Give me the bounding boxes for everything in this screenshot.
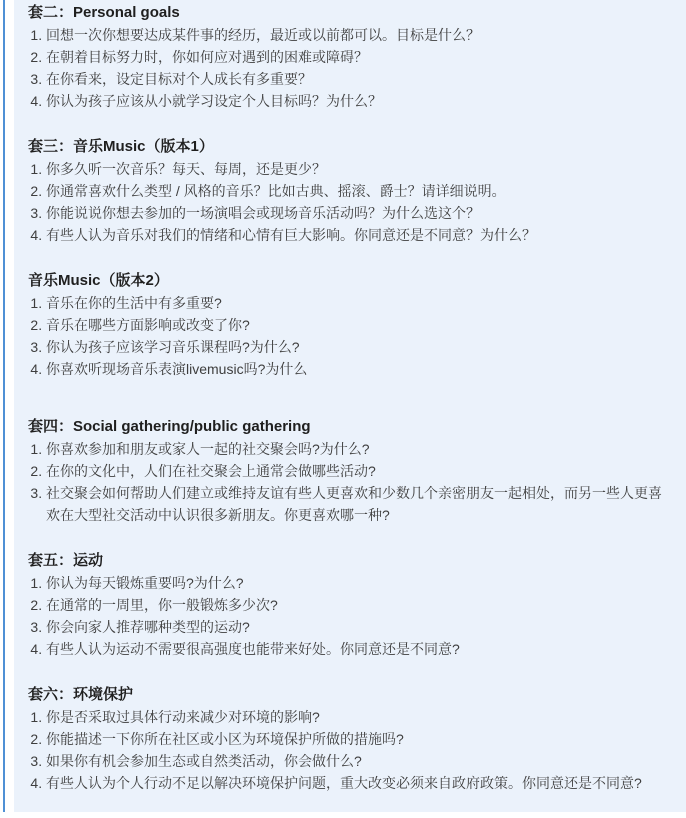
section-music-v1: 套三：音乐Music（版本1） 你多久听一次音乐？每天、每周，还是更少？ 你通常…	[28, 136, 670, 246]
question-item: 你多久听一次音乐？每天、每周，还是更少？	[46, 158, 670, 180]
question-item: 你喜欢听现场音乐表演livemusic吗?为什么	[46, 358, 670, 380]
question-item: 在朝着目标努力时，你如何应对遇到的困难或障碍？	[46, 46, 670, 68]
question-item: 有些人认为运动不需要很高强度也能带来好处。你同意还是不同意?	[46, 638, 670, 660]
document-page: 套二：Personal goals 回想一次你想要达成某件事的经历，最近或以前都…	[0, 0, 686, 818]
question-item: 有些人认为音乐对我们的情绪和心情有巨大影响。你同意还是不同意？为什么？	[46, 224, 670, 246]
section-environment: 套六：环境保护 你是否采取过具体行动来减少对环境的影响? 你能描述一下你所在社区…	[28, 684, 670, 794]
question-item: 你能描述一下你所在社区或小区为环境保护所做的措施吗?	[46, 728, 670, 750]
section-personal-goals: 套二：Personal goals 回想一次你想要达成某件事的经历，最近或以前都…	[28, 2, 670, 112]
question-list: 音乐在你的生活中有多重要? 音乐在哪些方面影响或改变了你? 你认为孩子应该学习音…	[28, 292, 670, 380]
section-title: 套二：Personal goals	[28, 2, 670, 24]
question-item: 回想一次你想要达成某件事的经历，最近或以前都可以。目标是什么？	[46, 24, 670, 46]
section-title: 套三：音乐Music（版本1）	[28, 136, 670, 158]
question-item: 你是否采取过具体行动来减少对环境的影响?	[46, 706, 670, 728]
question-item: 在你的文化中，人们在社交聚会上通常会做哪些活动?	[46, 460, 670, 482]
question-item: 社交聚会如何帮助人们建立或维持友谊有些人更喜欢和少数几个亲密朋友一起相处，而另一…	[46, 482, 670, 526]
question-item: 你会向家人推荐哪种类型的运动?	[46, 616, 670, 638]
question-item: 音乐在哪些方面影响或改变了你?	[46, 314, 670, 336]
question-item: 在通常的一周里，你一般锻炼多少次?	[46, 594, 670, 616]
question-item: 有些人认为个人行动不足以解决环境保护问题，重大改变必须来自政府政策。你同意还是不…	[46, 772, 670, 794]
section-title: 套五：运动	[28, 550, 670, 572]
question-list: 回想一次你想要达成某件事的经历，最近或以前都可以。目标是什么？ 在朝着目标努力时…	[28, 24, 670, 112]
section-music-v2: 音乐Music（版本2） 音乐在你的生活中有多重要? 音乐在哪些方面影响或改变了…	[28, 270, 670, 380]
question-item: 音乐在你的生活中有多重要?	[46, 292, 670, 314]
questions-panel: 套二：Personal goals 回想一次你想要达成某件事的经历，最近或以前都…	[14, 0, 686, 812]
question-list: 你是否采取过具体行动来减少对环境的影响? 你能描述一下你所在社区或小区为环境保护…	[28, 706, 670, 794]
question-item: 你认为孩子应该从小就学习设定个人目标吗？为什么？	[46, 90, 670, 112]
question-item: 你认为每天锻炼重要吗?为什么?	[46, 572, 670, 594]
question-list: 你喜欢参加和朋友或家人一起的社交聚会吗?为什么? 在你的文化中，人们在社交聚会上…	[28, 438, 670, 526]
question-item: 你通常喜欢什么类型 / 风格的音乐？比如古典、摇滚、爵士？请详细说明。	[46, 180, 670, 202]
question-item: 你能说说你想去参加的一场演唱会或现场音乐活动吗？为什么选这个？	[46, 202, 670, 224]
question-list: 你多久听一次音乐？每天、每周，还是更少？ 你通常喜欢什么类型 / 风格的音乐？比…	[28, 158, 670, 246]
section-title: 音乐Music（版本2）	[28, 270, 670, 292]
question-item: 如果你有机会参加生态或自然类活动，你会做什么?	[46, 750, 670, 772]
question-item: 你喜欢参加和朋友或家人一起的社交聚会吗?为什么?	[46, 438, 670, 460]
question-item: 你认为孩子应该学习音乐课程吗?为什么?	[46, 336, 670, 358]
question-item: 在你看来，设定目标对个人成长有多重要？	[46, 68, 670, 90]
section-title: 套六：环境保护	[28, 684, 670, 706]
section-social-gathering: 套四：Social gathering/public gathering 你喜欢…	[28, 416, 670, 526]
section-sports: 套五：运动 你认为每天锻炼重要吗?为什么? 在通常的一周里，你一般锻炼多少次? …	[28, 550, 670, 660]
question-list: 你认为每天锻炼重要吗?为什么? 在通常的一周里，你一般锻炼多少次? 你会向家人推…	[28, 572, 670, 660]
section-title: 套四：Social gathering/public gathering	[28, 416, 670, 438]
quote-block: 套二：Personal goals 回想一次你想要达成某件事的经历，最近或以前都…	[3, 0, 686, 812]
